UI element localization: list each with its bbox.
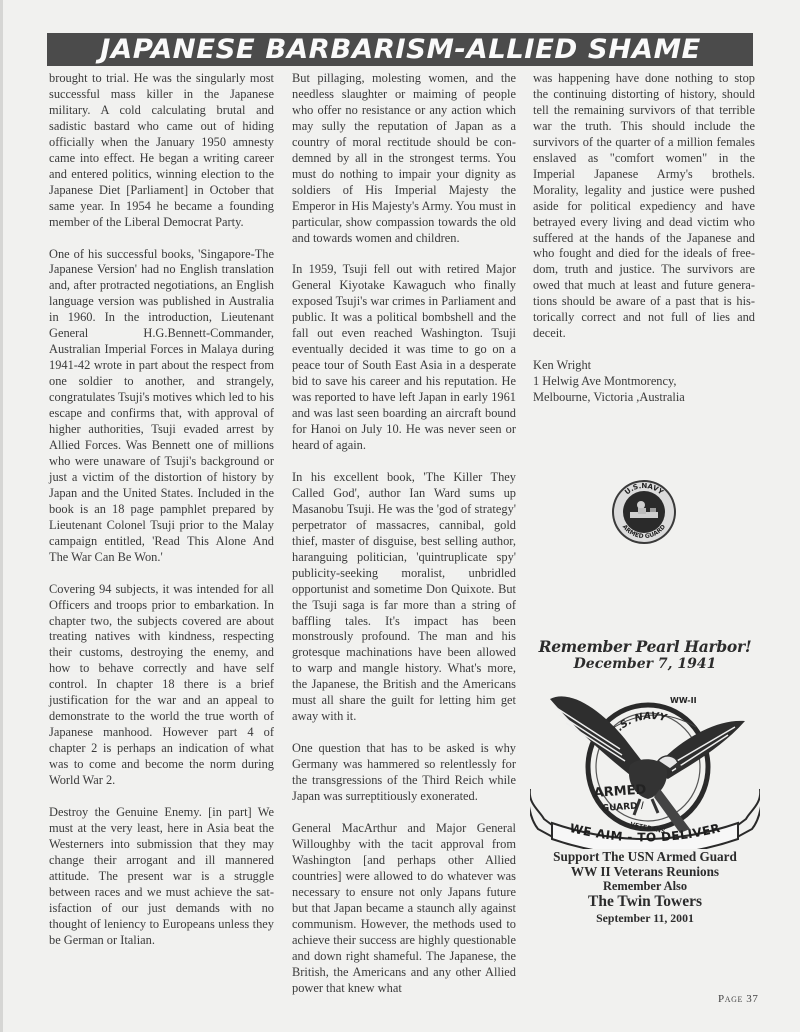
article-column-2: But pillaging, molesting women, and the …: [292, 71, 516, 1012]
article-column-3: was happening have done nothing to stop …: [533, 71, 755, 406]
author-address-line2: Melbourne, Victoria ,Australia: [533, 390, 755, 406]
author-address-line1: 1 Helwig Ave Montmorency,: [533, 374, 755, 390]
svg-text:GUARD /: GUARD /: [602, 801, 646, 814]
page-number: Page 37: [718, 993, 759, 1005]
paragraph: One question that has to be asked is why…: [292, 741, 516, 805]
paragraph: One of his successful books, 'Singapore-…: [49, 247, 274, 566]
svg-text:ARMED: ARMED: [593, 782, 647, 801]
paragraph: In 1959, Tsuji fell out with retired Maj…: [292, 262, 516, 453]
author-name: Ken Wright: [533, 358, 755, 374]
navy-eagle-emblem-icon: WW-II U.S. NAVY ARMED GUARD / VETERANS W…: [530, 679, 760, 849]
advert-reunion-line: WW II Veterans Reunions: [530, 864, 760, 879]
article-column-1: brought to trial. He was the singularly …: [49, 71, 274, 965]
advert-twin-towers: The Twin Towers: [530, 893, 760, 911]
paragraph: But pillaging, molesting women, and the …: [292, 71, 516, 246]
paragraph: General MacArthur and Major General Will…: [292, 821, 516, 996]
advert-date: December 7, 1941: [530, 656, 760, 673]
author-signature: Ken Wright 1 Helwig Ave Montmorency, Mel…: [533, 358, 755, 406]
paragraph: In his excellent book, 'The Killer They …: [292, 470, 516, 725]
advert-title: Remember Pearl Harbor!: [530, 637, 760, 656]
paragraph: was happening have done nothing to stop …: [533, 71, 755, 342]
advert-support-line: Support The USN Armed Guard: [530, 849, 760, 864]
page-edge: [0, 0, 3, 1032]
paragraph: Destroy the Genuine Enemy. [in part] We …: [49, 805, 274, 949]
pearl-harbor-advert: Remember Pearl Harbor! December 7, 1941 …: [530, 637, 760, 925]
title-banner: JAPANESE BARBARISM-ALLIED SHAME: [47, 33, 753, 66]
paragraph: Covering 94 subjects, it was intended fo…: [49, 582, 274, 789]
armed-guard-seal-icon: U.S.NAVY ARMED GUARD: [610, 478, 678, 546]
advert-september-date: September 11, 2001: [530, 911, 760, 925]
advert-remember-also: Remember Also: [530, 879, 760, 893]
page-title: JAPANESE BARBARISM-ALLIED SHAME: [100, 34, 701, 65]
svg-text:WW-II: WW-II: [670, 696, 697, 705]
paragraph: brought to trial. He was the singularly …: [49, 71, 274, 231]
